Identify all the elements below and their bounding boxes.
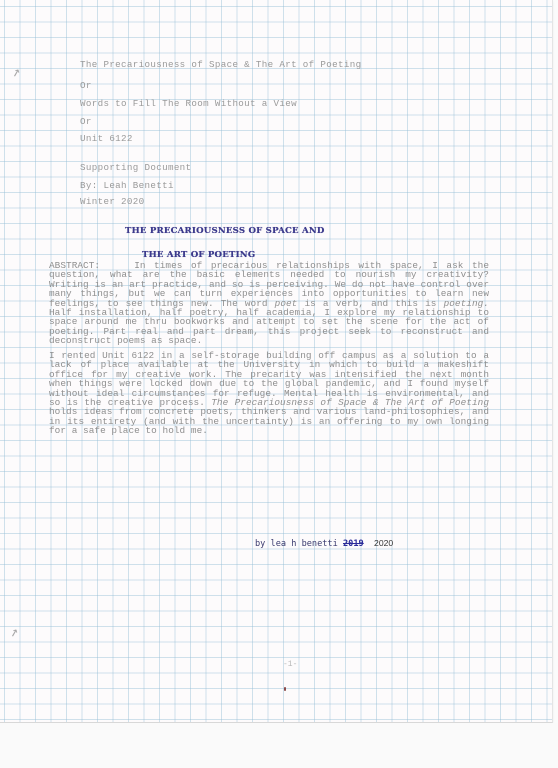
stamped-title-line1: THE PRECARIOUSNESS OF SPACE AND: [125, 226, 325, 236]
doc-title-or: Or: [80, 116, 92, 127]
struck-year: 2019: [343, 539, 364, 549]
pencil-mark-icon: ↗: [8, 623, 21, 642]
scanner-background: [0, 723, 558, 768]
author-line: By: Leah Benetti: [80, 180, 174, 191]
signature-line: by lea h benetti 2019 2020: [255, 538, 393, 549]
doc-unit-line: Unit 6122: [80, 133, 133, 144]
supporting-document-label: Supporting Document: [80, 162, 191, 173]
body-paragraph: I rented Unit 6122 in a self-storage bui…: [49, 351, 489, 436]
doc-title-line: The Precariousness of Space & The Art of…: [80, 59, 361, 70]
doc-title-or: Or: [80, 80, 92, 91]
page-number: -1-: [283, 660, 297, 669]
abstract-text: Half installation, half poetry, half aca…: [49, 307, 489, 346]
abstract-paragraph: ABSTRACT: In times of precarious relatio…: [49, 261, 489, 346]
season-line: Winter 2020: [80, 196, 145, 207]
ink-dot: [284, 687, 286, 691]
doc-alt-title-line: Words to Fill The Room Without a View: [80, 98, 297, 109]
pencil-mark-icon: ↗: [10, 63, 23, 82]
body-text: holds ideas from concrete poets, thinker…: [49, 406, 489, 436]
stamped-title-line2: THE ART OF POETING: [142, 250, 255, 260]
graph-paper-page: ↗ ↗ The Precariousness of Space & The Ar…: [0, 0, 553, 723]
signature-year: 2020: [374, 538, 393, 548]
signature-name: by lea h benetti: [255, 539, 338, 549]
